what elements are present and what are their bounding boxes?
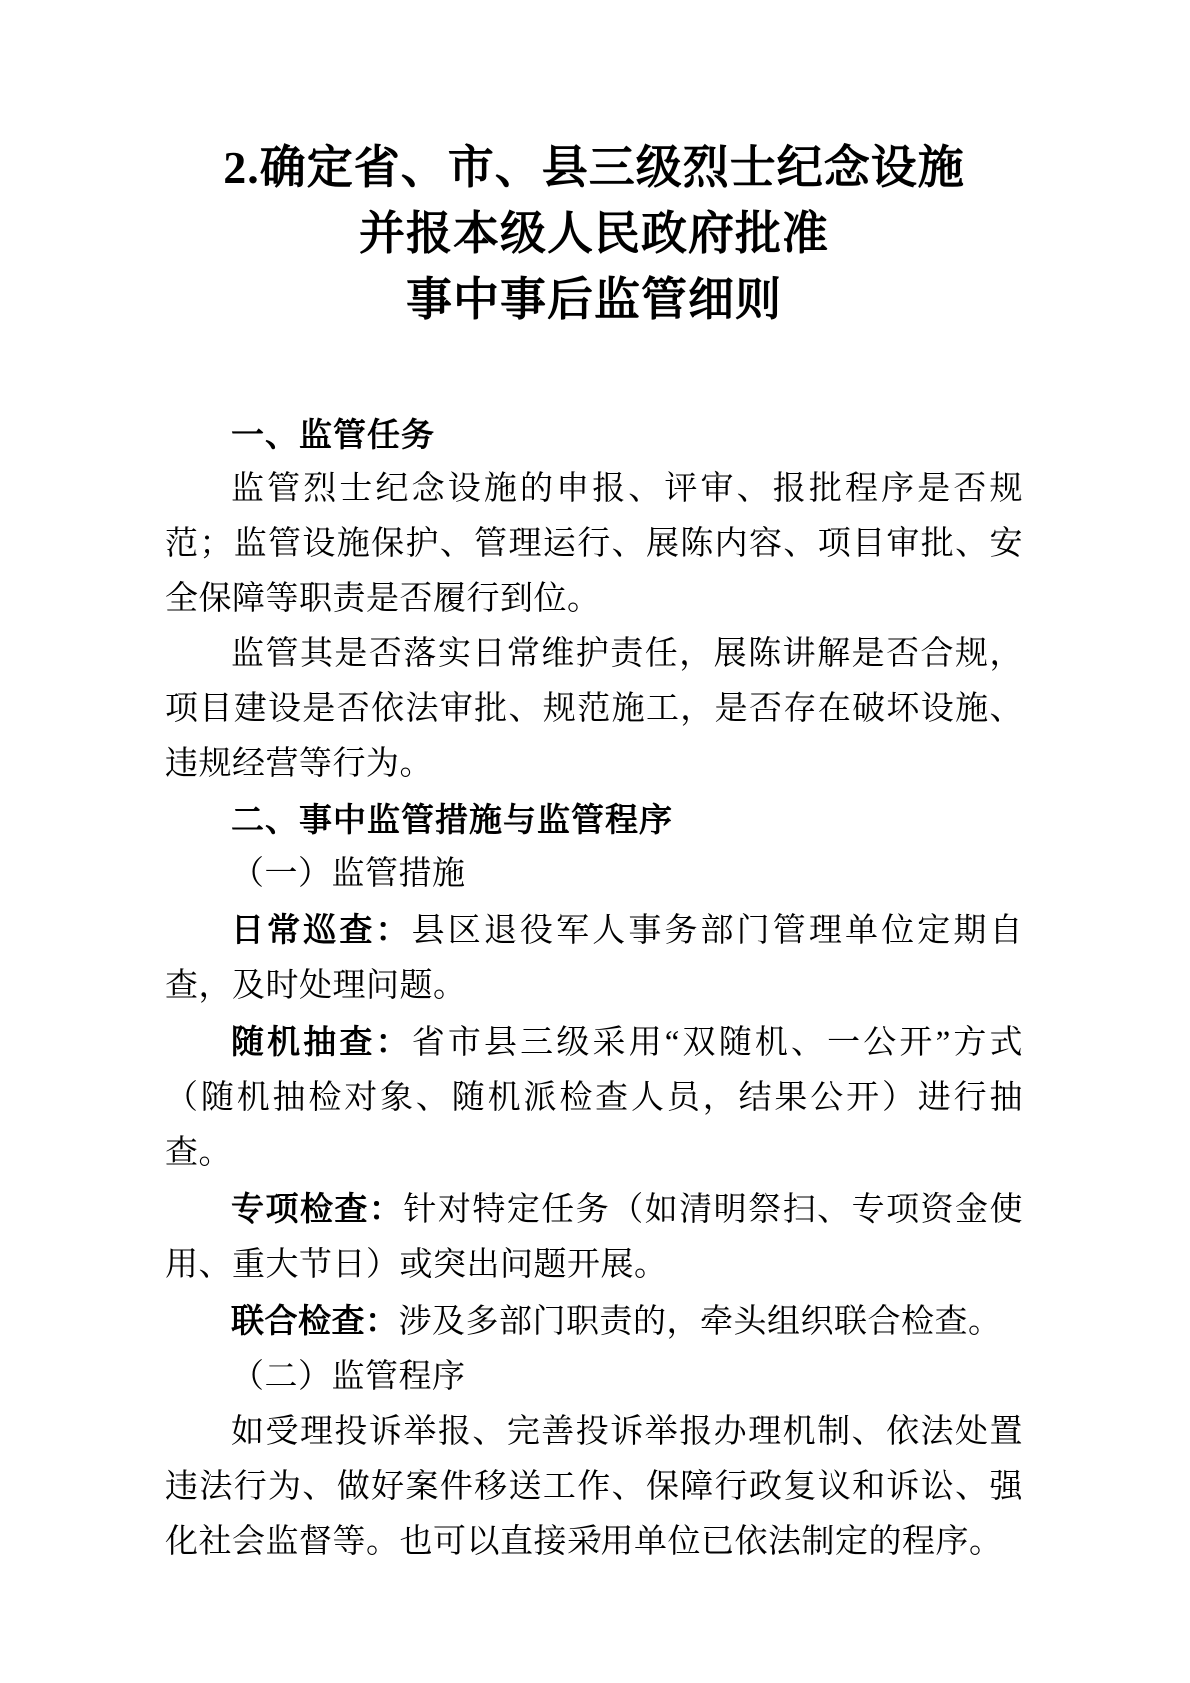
paragraph-tasks-1: 监管烈士纪念设施的申报、评审、报批程序是否规范；监管设施保护、管理运行、展陈内容… (165, 462, 1023, 627)
paragraph-random-inspection: 随机抽查：省市县三级采用“双随机、一公开”方式（随机抽检对象、随机派检查人员，结… (165, 1014, 1023, 1181)
term-label-special-inspection: 专项检查： (231, 1190, 403, 1227)
document-page: 2.确定省、市、县三级烈士纪念设施 并报本级人民政府批准 事中事后监管细则 一、… (0, 0, 1190, 1683)
paragraph-special-inspection: 专项检查：针对特定任务（如清明祭扫、专项资金使用、重大节日）或突出问题开展。 (165, 1181, 1023, 1293)
page-number: 7 (0, 1528, 1190, 1558)
paragraph-tasks-2: 监管其是否落实日常维护责任，展陈讲解是否合规，项目建设是否依法审批、规范施工，是… (165, 627, 1023, 792)
document-title: 2.确定省、市、县三级烈士纪念设施 并报本级人民政府批准 事中事后监管细则 (165, 135, 1023, 333)
subsection-heading-measures: （一）监管措施 (165, 847, 1023, 902)
section-heading-tasks: 一、监管任务 (165, 407, 1023, 462)
document-content: 2.确定省、市、县三级烈士纪念设施 并报本级人民政府批准 事中事后监管细则 一、… (0, 0, 1190, 1570)
paragraph-joint-inspection: 联合检查：涉及多部门职责的，牵头组织联合检查。 (165, 1293, 1023, 1350)
term-text-joint-inspection: 涉及多部门职责的，牵头组织联合检查。 (399, 1304, 1002, 1340)
title-line-2: 并报本级人民政府批准 (165, 201, 1023, 267)
section-heading-measures: 二、事中监管措施与监管程序 (165, 792, 1023, 847)
term-label-joint-inspection: 联合检查： (231, 1302, 399, 1339)
subsection-heading-procedure: （二）监管程序 (165, 1350, 1023, 1405)
paragraph-daily-patrol: 日常巡查：县区退役军人事务部门管理单位定期自查，及时处理问题。 (165, 902, 1023, 1014)
term-label-daily-patrol: 日常巡查： (231, 911, 412, 948)
title-line-3: 事中事后监管细则 (165, 267, 1023, 333)
term-label-random-inspection: 随机抽查： (231, 1023, 412, 1060)
title-line-1: 2.确定省、市、县三级烈士纪念设施 (165, 135, 1023, 201)
